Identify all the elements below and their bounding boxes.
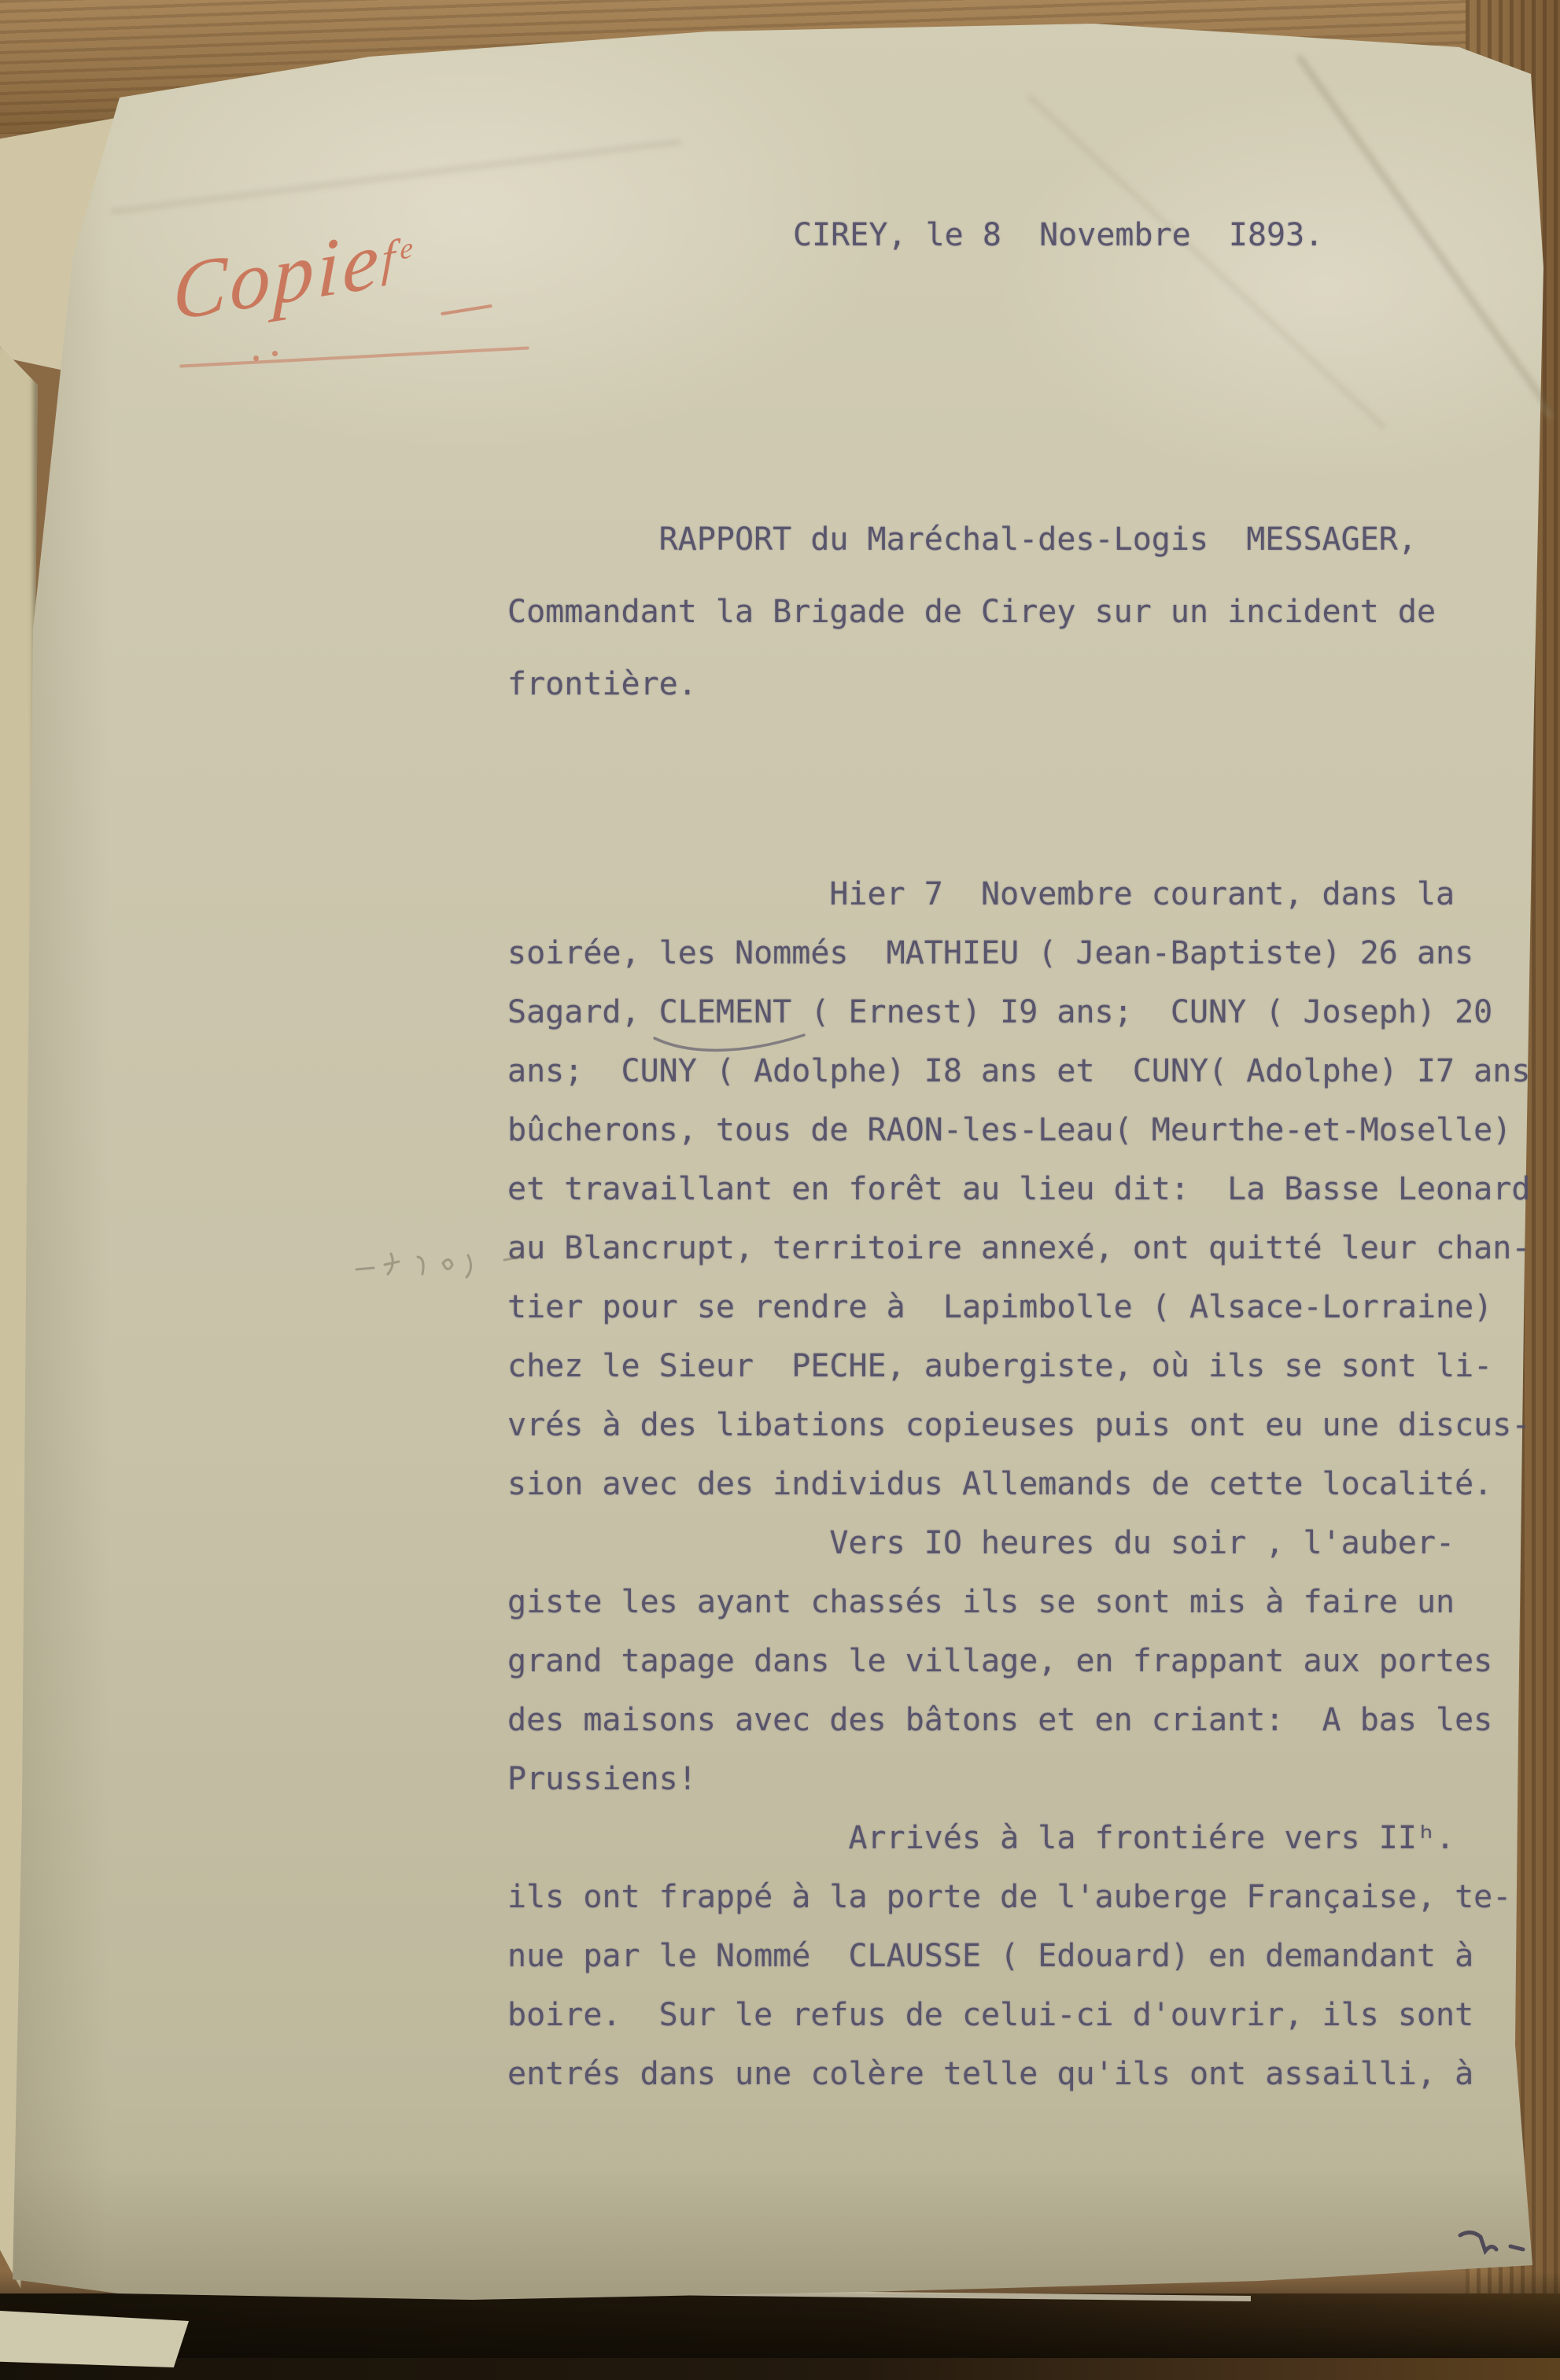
typed-line: entrés dans une colère telle qu'ils ont … [507, 2045, 1530, 2104]
corner-ink-mark [1446, 2224, 1540, 2271]
typed-line: tier pour se rendre à Lapimbolle ( Alsac… [507, 1278, 1530, 1337]
photo-of-document: { "palette": { "ink": "#514d68", "red_an… [0, 0, 1560, 2380]
copy-suffix: fᵉ [381, 227, 414, 287]
typed-line: ils ont frappé à la porte de l'auberge F… [507, 1868, 1530, 1927]
red-ink-dot [272, 351, 278, 356]
typed-line: Arrivés à la frontiére vers IIʰ. [507, 1809, 1530, 1868]
typed-line: Prussiens! [507, 1750, 1530, 1809]
typed-line: chez le Sieur PECHE, aubergiste, où ils … [507, 1337, 1530, 1396]
typed-line: Hier 7 Novembre courant, dans la [507, 865, 1530, 924]
clement-pencil-underline [651, 1032, 809, 1059]
typed-line: des maisons avec des bâtons et en criant… [507, 1691, 1530, 1750]
title-line: Commandant la Brigade de Cirey sur un in… [507, 576, 1436, 648]
red-ink-dot [253, 356, 259, 361]
pencil-scribble [350, 1236, 539, 1291]
report-title-block: RAPPORT du Maréchal-des-Logis MESSAGER, … [507, 503, 1436, 720]
typed-line: Vers IO heures du soir , l'auber- [507, 1514, 1530, 1573]
dateline: CIREY, le 8 Novembre I893. [793, 206, 1323, 265]
title-line: frontière. [507, 648, 1436, 720]
typed-line: soirée, les Nommés MATHIEU ( Jean-Baptis… [507, 924, 1530, 983]
typed-line: boire. Sur le refus de celui-ci d'ouvrir… [507, 1986, 1530, 2045]
typed-line: sion avec des individus Allemands de cet… [507, 1455, 1530, 1514]
typed-line: et travaillant en forêt au lieu dit: La … [507, 1160, 1530, 1219]
typed-line: nue par le Nommé CLAUSSE ( Edouard) en d… [507, 1927, 1530, 1986]
typed-line: grand tapage dans le village, en frappan… [507, 1632, 1530, 1691]
title-line: RAPPORT du Maréchal-des-Logis MESSAGER, [507, 503, 1436, 576]
typed-line: vrés à des libations copieuses puis ont … [507, 1396, 1530, 1455]
typed-line: au Blancrupt, territoire annexé, ont qui… [507, 1219, 1530, 1278]
typed-line: bûcherons, tous de RAON-les-Leau( Meurth… [507, 1101, 1530, 1160]
typed-line: giste les ayant chassés ils se sont mis … [507, 1573, 1530, 1632]
